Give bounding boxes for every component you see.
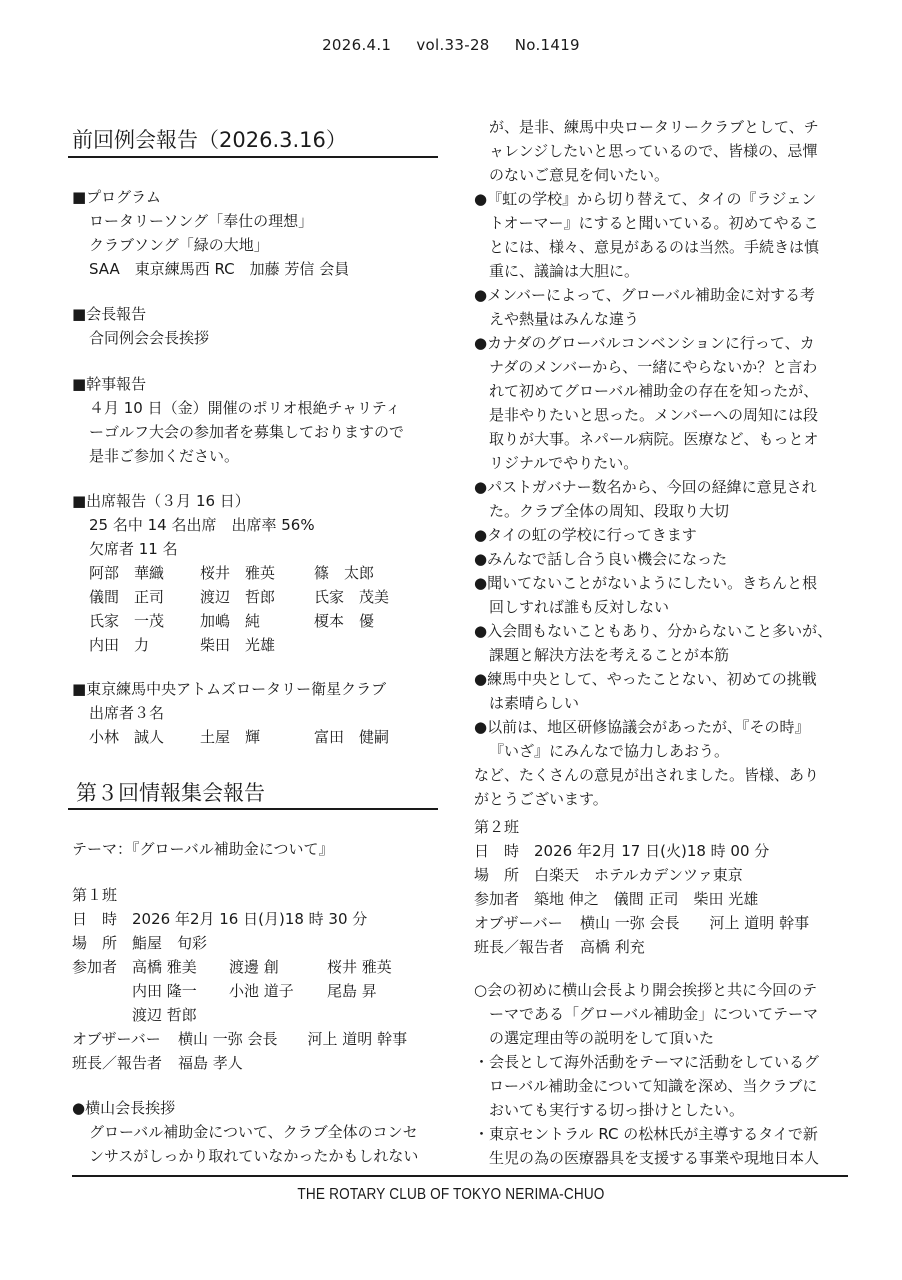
leader-value: 福島 孝人	[178, 1051, 243, 1075]
leader-value: 高橋 利充	[580, 935, 645, 959]
opinion-bullet: ●入会間もないこともあり、分からないこと多いが、	[474, 619, 832, 643]
guest-club-count: 出席者３名	[89, 701, 164, 725]
opinion-bullet-cont: 取りが大事。ネパール病院。医療など、もっとオ	[489, 427, 819, 451]
section-divider	[68, 156, 438, 158]
greeting-heading: ●横山会長挨拶	[72, 1096, 175, 1120]
president-report-line: 合同例会会長挨拶	[89, 326, 209, 350]
secretary-report-line: ４月 10 日（金）開催のポリオ根絶チャリティ	[89, 396, 401, 420]
closing-line: がとうございます。	[474, 787, 608, 811]
footer-club-name: THE ROTARY CLUB OF TOKYO NERIMA-CHUO	[68, 1186, 835, 1204]
section-divider	[68, 808, 438, 810]
group1-title: 第１班	[72, 883, 117, 907]
place-label: 場 所	[72, 931, 117, 955]
opinion-bullet: ●練馬中央として、やったことない、初めての挑戦	[474, 667, 817, 691]
datetime-label: 日 時	[72, 907, 117, 931]
group2-title: 第２班	[474, 815, 519, 839]
absent-member: 渡辺 哲郎	[200, 585, 275, 609]
guest-member: 小林 誠人	[89, 725, 164, 749]
opinion-bullet: ●みんなで話し合う良い機会になった	[474, 547, 727, 571]
opinion-bullet-cont: リジナルでやりたい。	[489, 451, 638, 475]
program-line: SAA 東京練馬西 RC 加藤 芳信 会員	[89, 257, 349, 281]
note-item-cont: の選定理由等の説明をして頂いた	[489, 1026, 714, 1050]
secretary-report-heading: ■幹事報告	[72, 372, 146, 396]
greeting-continued-line: のないご意見を伺いたい。	[489, 163, 669, 187]
note-item-cont: 生児の為の医療器具を支援する事業や現地日本人	[489, 1146, 819, 1170]
observer-value: 横山 一弥 会長 河上 道明 幹事	[178, 1027, 407, 1051]
meeting-theme: テーマ：『グローバル補助金について』	[72, 837, 333, 861]
opinion-bullet-cont: えや熱量はみんな違う	[489, 307, 639, 331]
issue-number: No.1419	[515, 36, 580, 54]
participant: 渡邊 創	[229, 955, 279, 979]
issue-date: 2026.4.1	[322, 36, 391, 54]
opinion-bullet: ●カナダのグローバルコンベンションに行って、カ	[474, 331, 815, 355]
issue-volume: vol.33-28	[416, 36, 489, 54]
greeting-continued-line: ャレンジしたいと思っているので、皆様の、忌憚	[489, 139, 817, 163]
opinion-bullet-cont: ナダのメンバーから、一緒にやらないか？と言わ	[489, 355, 817, 379]
participants-value: 築地 伸之 儀間 正司 柴田 光雄	[534, 887, 758, 911]
attendance-heading: ■出席報告（３月 16 日）	[72, 489, 250, 513]
opinion-bullet: ●以前は、地区研修協議会があったが、『その時』	[474, 715, 809, 739]
opinion-bullet: ●タイの虹の学校に行ってきます	[474, 523, 697, 547]
note-item-cont: おいても実行する切っ掛けとしたい。	[489, 1098, 744, 1122]
opinion-bullet-cont: は素晴らしい	[489, 691, 579, 715]
greeting-continued-line: が、是非、練馬中央ロータリークラブとして、チ	[489, 115, 819, 139]
participant: 小池 道子	[229, 979, 294, 1003]
leader-label: 班長／報告者	[72, 1051, 162, 1075]
opinion-bullet-cont: 課題と解決方法を考えることが本筋	[489, 643, 729, 667]
note-item-cont: ーマである「グローバル補助金」についてテーマ	[489, 1002, 818, 1026]
participant: 渡辺 哲郎	[132, 1003, 197, 1027]
place-value: 鮨屋 旬彩	[132, 931, 207, 955]
note-item: ・会長として海外活動をテーマに活動をしているグ	[474, 1050, 819, 1074]
section-title-previous-meeting: 前回例会報告（2026.3.16）	[72, 124, 347, 154]
observer-label: オブザーバー	[72, 1027, 161, 1051]
opinion-bullet-cont: とには、様々、意見があるのは当然。手続きは慎	[489, 235, 819, 259]
attendance-summary: 25 名中 14 名出席 出席率 56%	[89, 513, 315, 537]
opinion-bullet: ●パストガバナー数名から、今回の経緯に意見され	[474, 475, 817, 499]
opinion-bullet-cont: トオーマー』にすると聞いている。初めてやるこ	[489, 211, 819, 235]
program-line: ロータリーソング「奉仕の理想」	[89, 209, 313, 233]
opinion-bullet: ●聞いてないことがないようにしたい。きちんと根	[474, 571, 817, 595]
absent-member: 加嶋 純	[200, 609, 260, 633]
greeting-line: グローバル補助金について、クラブ全体のコンセ	[89, 1120, 418, 1144]
secretary-report-line: 是非ご参加ください。	[89, 444, 239, 468]
page-header: 2026.4.1 vol.33-28 No.1419	[0, 36, 902, 54]
opinion-bullet-cont: 是非やりたいと思った。メンバーへの周知には段	[489, 403, 818, 427]
absent-member: 柴田 光雄	[200, 633, 275, 657]
datetime-value: 2026 年2月 17 日(火)18 時 00 分	[534, 839, 769, 863]
opinion-bullet-cont: 回しすれば誰も反対しない	[489, 595, 669, 619]
absent-member: 篠 太郎	[314, 561, 374, 585]
opinion-bullet-cont: 『いざ』にみんなで協力しあおう。	[489, 739, 729, 763]
place-value: 白楽天 ホテルカデンツァ東京	[534, 863, 743, 887]
participant: 高橋 雅美	[132, 955, 197, 979]
guest-member: 土屋 輝	[200, 725, 260, 749]
guest-club-heading: ■東京練馬中央アトムズロータリー衛星クラブ	[72, 677, 386, 701]
absent-member: 桜井 雅英	[200, 561, 275, 585]
secretary-report-line: ーゴルフ大会の参加者を募集しておりますので	[89, 420, 404, 444]
observer-label: オブザーバー	[474, 911, 563, 935]
opinion-bullet-cont: 重に、議論は大胆に。	[489, 259, 639, 283]
note-item-cont: ローバル補助金について知識を深め、当クラブに	[489, 1074, 817, 1098]
absent-member: 氏家 茂美	[314, 585, 389, 609]
guest-member: 富田 健嗣	[314, 725, 389, 749]
note-item: ○会の初めに横山会長より開会挨拶と共に今回のテ	[474, 978, 817, 1002]
program-line: クラブソング「緑の大地」	[89, 233, 269, 257]
president-report-heading: ■会長報告	[72, 302, 146, 326]
greeting-line: ンサスがしっかり取れていなかったかもしれない	[89, 1144, 418, 1168]
absent-member: 内田 力	[89, 633, 149, 657]
closing-line: など、たくさんの意見が出されました。皆様、あり	[474, 763, 819, 787]
datetime-value: 2026 年2月 16 日(月)18 時 30 分	[132, 907, 367, 931]
section-title-info-meeting: 第３回情報集会報告	[76, 777, 265, 807]
opinion-bullet-cont: れて初めてグローバル補助金の存在を知ったが、	[489, 379, 818, 403]
note-item: ・東京セントラル RC の松林氏が主導するタイで新	[474, 1122, 818, 1146]
opinion-bullet: ●『虹の学校』から切り替えて、タイの『ラジェン	[474, 187, 816, 211]
leader-label: 班長／報告者	[474, 935, 564, 959]
absent-member: 榎本 優	[314, 609, 374, 633]
opinion-bullet: ●メンバーによって、グローバル補助金に対する考	[474, 283, 815, 307]
participant: 桜井 雅英	[327, 955, 392, 979]
observer-value: 横山 一弥 会長 河上 道明 幹事	[580, 911, 809, 935]
absent-member: 氏家 一茂	[89, 609, 164, 633]
datetime-label: 日 時	[474, 839, 519, 863]
participants-label: 参加者	[474, 887, 519, 911]
place-label: 場 所	[474, 863, 519, 887]
absent-member: 阿部 華織	[89, 561, 164, 585]
program-heading: ■プログラム	[72, 185, 161, 209]
participant: 尾島 昇	[327, 979, 377, 1003]
absent-count: 欠席者 11 名	[89, 537, 178, 561]
opinion-bullet-cont: た。クラブ全体の周知、段取り大切	[489, 499, 729, 523]
footer-divider	[72, 1175, 848, 1177]
participant: 内田 隆一	[132, 979, 197, 1003]
participants-label: 参加者	[72, 955, 117, 979]
absent-member: 儀間 正司	[89, 585, 164, 609]
